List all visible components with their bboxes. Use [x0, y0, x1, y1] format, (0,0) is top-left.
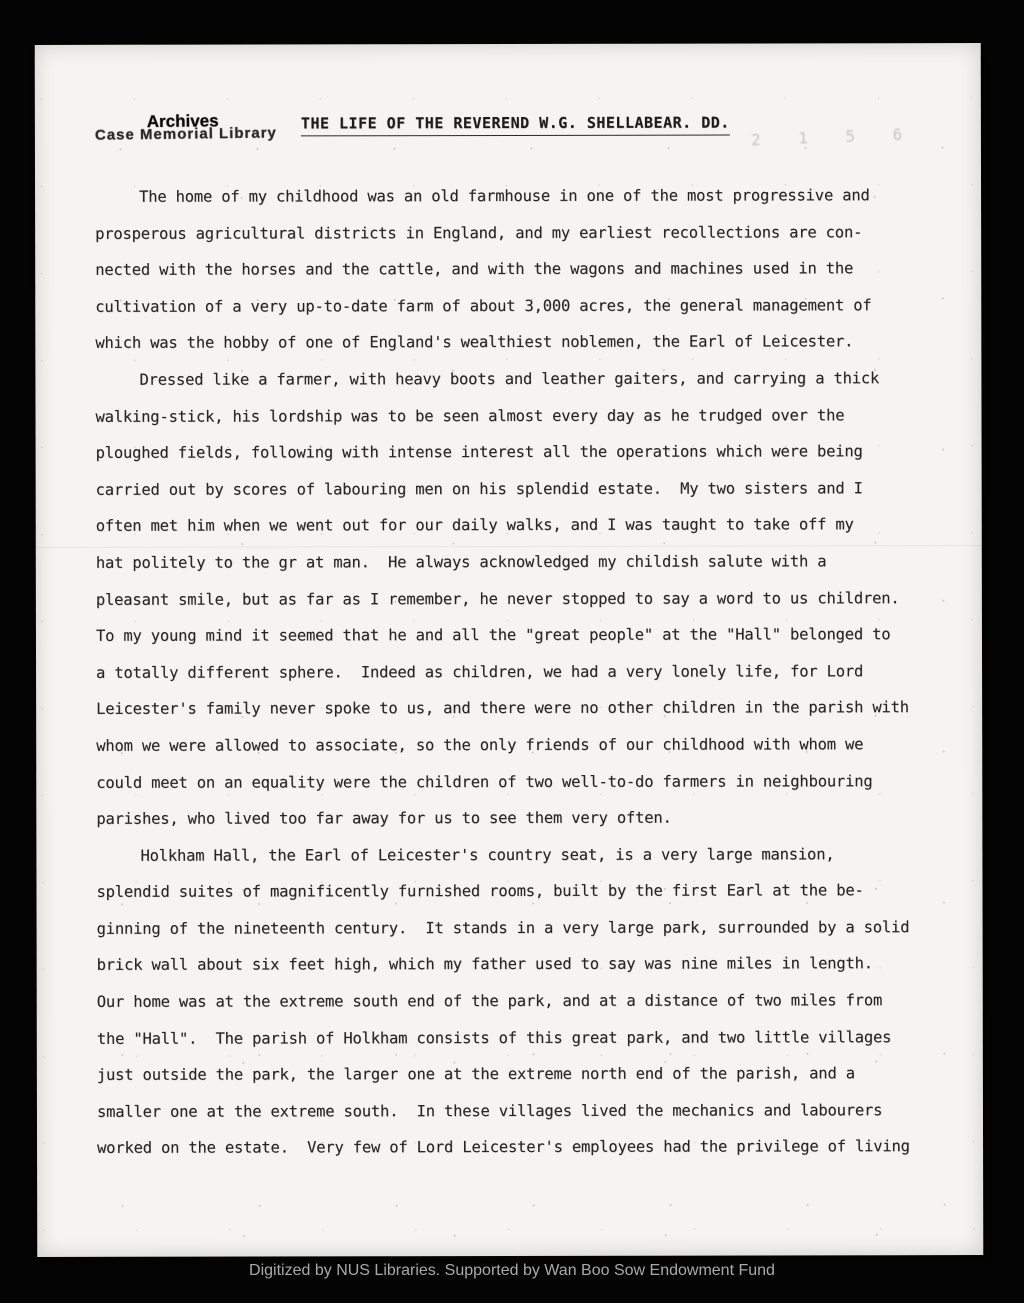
text-line: cultivation of a very up-to-date farm of… — [95, 287, 945, 325]
text-line: just outside the park, the larger one at… — [97, 1055, 947, 1093]
text-line: could meet on an equality were the child… — [96, 763, 946, 801]
text-line: parishes, who lived too far away for us … — [96, 799, 946, 837]
text-line: pleasant smile, but as far as I remember… — [96, 580, 946, 618]
text-line: hat politely to the gr at man. He always… — [96, 543, 946, 581]
scanned-document: Archives Case Memorial Library THE LIFE … — [0, 0, 1024, 1303]
text-line: often met him when we went out for our d… — [96, 506, 946, 544]
digitization-credit: Digitized by NUS Libraries. Supported by… — [0, 1262, 1024, 1280]
stamp-line-2: Case Memorial Library — [95, 127, 277, 142]
text-line: ginning of the nineteenth century. It st… — [97, 909, 947, 947]
text-line: Holkham Hall, the Earl of Leicester's co… — [96, 836, 946, 874]
library-stamp: Archives Case Memorial Library — [95, 114, 277, 142]
text-line: To my young mind it seemed that he and a… — [96, 616, 946, 654]
text-line: walking-stick, his lordship was to be se… — [95, 397, 945, 435]
text-line: a totally different sphere. Indeed as ch… — [96, 653, 946, 691]
paragraph: The home of my childhood was an old farm… — [95, 177, 945, 362]
text-line: prosperous agricultural districts in Eng… — [95, 214, 945, 252]
text-line: nected with the horses and the cattle, a… — [95, 250, 945, 288]
text-line: splendid suites of magnificently furnish… — [96, 872, 946, 910]
text-line: brick wall about six feet high, which my… — [97, 946, 947, 984]
text-line: smaller one at the extreme south. In the… — [97, 1092, 947, 1130]
text-line: Our home was at the extreme south end of… — [97, 982, 947, 1020]
typescript-body: The home of my childhood was an old farm… — [95, 177, 947, 1167]
paragraph: Dressed like a farmer, with heavy boots … — [95, 360, 946, 837]
text-line: carried out by scores of labouring men o… — [96, 470, 946, 508]
text-line: The home of my childhood was an old farm… — [95, 177, 945, 215]
paper-page: Archives Case Memorial Library THE LIFE … — [35, 43, 984, 1257]
text-line: Leicester's family never spoke to us, an… — [96, 689, 946, 727]
pencil-annotation: 2 1 5 6 — [751, 124, 917, 149]
document-title: THE LIFE OF THE REVEREND W.G. SHELLABEAR… — [301, 114, 730, 137]
paragraph: Holkham Hall, the Earl of Leicester's co… — [96, 836, 947, 1167]
text-line: ploughed fields, following with intense … — [96, 433, 946, 471]
text-line: Dressed like a farmer, with heavy boots … — [95, 360, 945, 398]
text-line: the "Hall". The parish of Holkham consis… — [97, 1019, 947, 1057]
text-line: worked on the estate. Very few of Lord L… — [97, 1129, 947, 1167]
text-line: whom we were allowed to associate, so th… — [96, 726, 946, 764]
text-line: which was the hobby of one of England's … — [95, 323, 945, 361]
